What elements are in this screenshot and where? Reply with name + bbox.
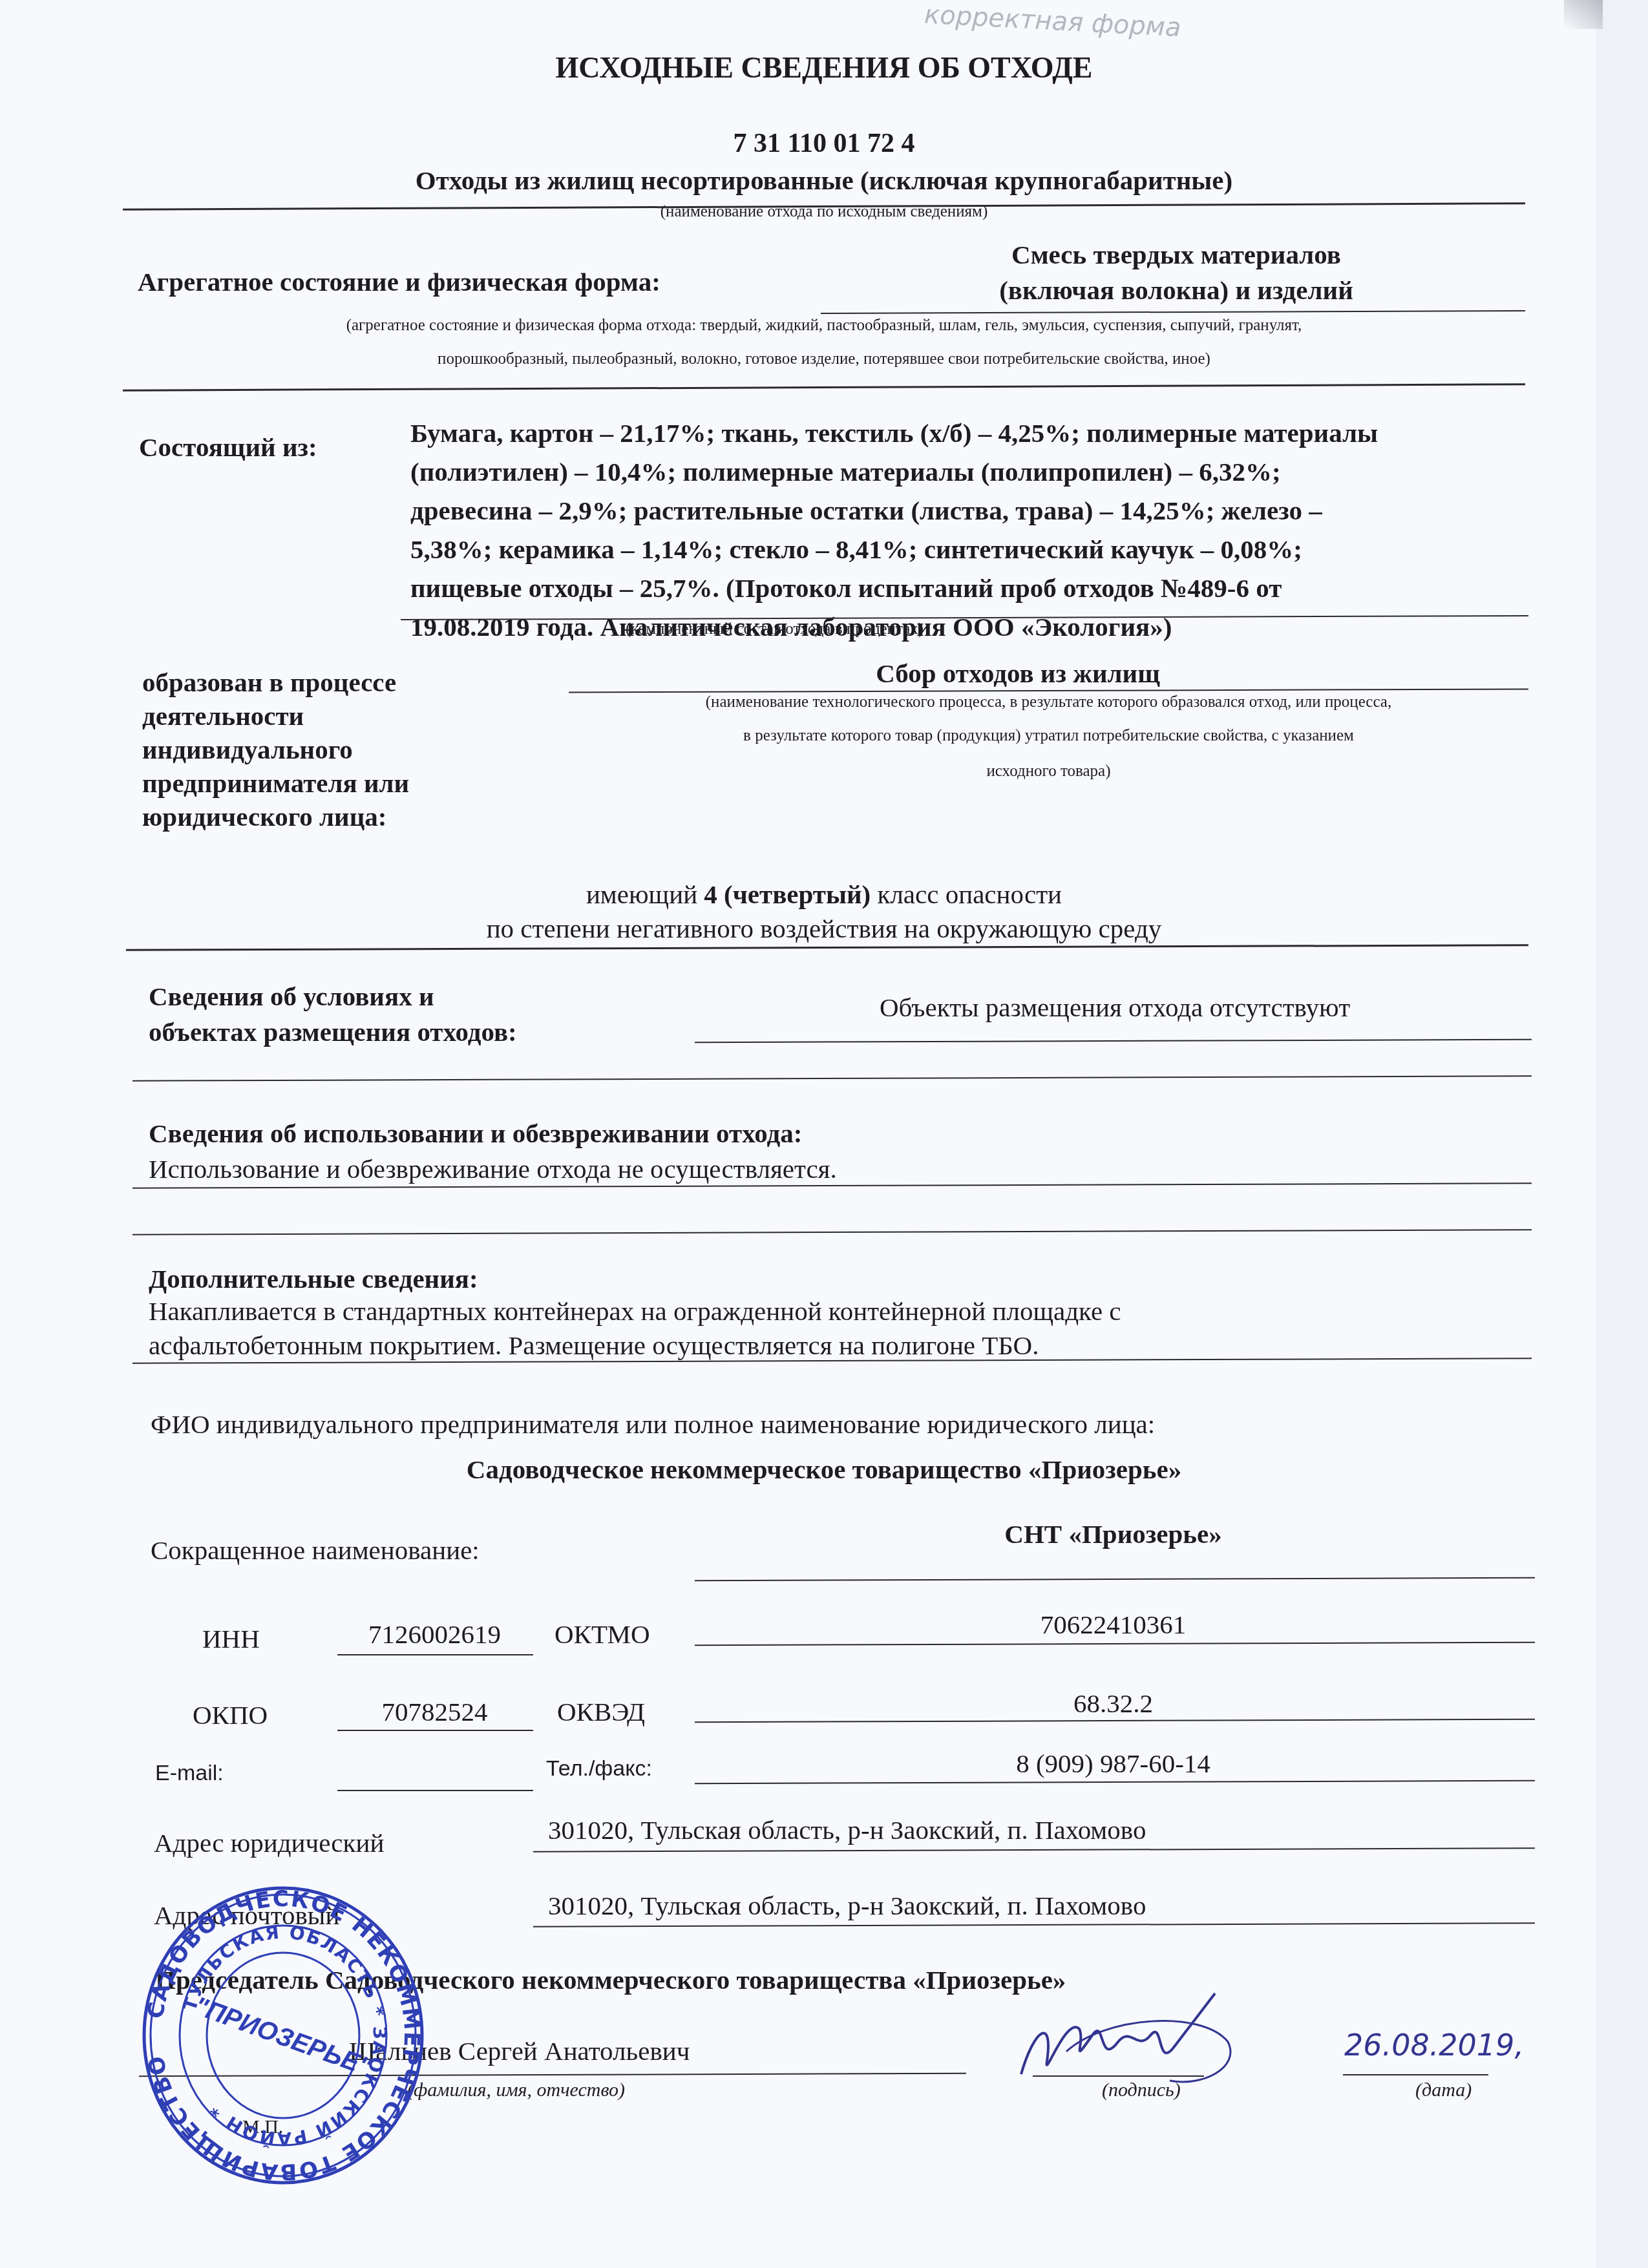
org-short-name: СНТ «Приозерье» [695, 1518, 1532, 1549]
stamp-seal-icon: САДОВОДЧЕСКОЕ НЕКОММЕРЧЕСКОЕ ТОВАРИЩЕСТВ… [141, 1884, 425, 2187]
placement-value: Объекты размещения отхода отсутствуют [698, 992, 1532, 1023]
waste-name-caption: (наименование отхода по исходным сведени… [0, 203, 1648, 221]
composition-line: древесина – 2,9%; растительные остатки (… [410, 491, 1528, 530]
inn-label: ИНН [202, 1623, 260, 1654]
okved-value: 68.32.2 [695, 1688, 1532, 1719]
okpo-underline [337, 1730, 533, 1731]
aggregate-label: Агрегатное состояние и физическая форма: [138, 266, 660, 297]
page-corner-shadow [1564, 0, 1603, 29]
phone-label: Тел./факс: [546, 1756, 652, 1781]
aggregate-value-line1: Смесь твердых материалов [918, 239, 1435, 270]
waste-code: 7 31 110 01 72 4 [0, 128, 1648, 159]
aggregate-value-line2: (включая волокна) и изделий [918, 275, 1435, 306]
composition-line: Бумага, картон – 21,17%; ткань, текстиль… [410, 414, 1528, 452]
hazard-class-line1: имеющий 4 (четвертый) класс опасности [0, 879, 1648, 910]
placement-label-line2: объектах размещения отходов: [149, 1016, 517, 1047]
hazard-class-value: 4 (четвертый) [704, 879, 871, 909]
signature-underline [1033, 2075, 1204, 2077]
org-full-name-label: ФИО индивидуального предпринимателя или … [151, 1409, 1155, 1440]
svg-text:"ПРИОЗЕРЬЕ": "ПРИОЗЕРЬЕ" [191, 1991, 375, 2082]
process-label: образован в процессе деятельности индиви… [142, 666, 409, 834]
org-short-name-label: Сокращенное наименование: [151, 1535, 480, 1566]
name-caption: (фамилия, имя, отчество) [407, 2079, 625, 2101]
waste-name: Отходы из жилищ несортированные (исключа… [0, 165, 1648, 196]
composition-line: 5,38%; керамика – 1,14%; стекло – 8,41%;… [410, 530, 1528, 569]
composition-text: Бумага, картон – 21,17%; ткань, текстиль… [410, 414, 1528, 646]
process-value: Сбор отходов из жилищ [582, 658, 1454, 689]
email-underline [337, 1790, 533, 1791]
composition-line: 19.08.2019 года. Аналитическая лаборатор… [410, 607, 1528, 646]
hazard-class-line2: по степени негативного воздействия на ок… [0, 913, 1648, 944]
signature-icon [1008, 1990, 1280, 2087]
usage-value: Использование и обезвреживание отхода не… [149, 1153, 837, 1184]
aggregate-caption-line2: порошкообразный, пылеобразный, волокно, … [0, 350, 1648, 368]
document-title: ИСХОДНЫЕ СВЕДЕНИЯ ОБ ОТХОДЕ [0, 50, 1648, 85]
okpo-label: ОКПО [193, 1699, 268, 1730]
org-full-name: Садоводческое некоммерческое товариществ… [0, 1454, 1648, 1485]
process-caption-line3: исходного товара) [569, 762, 1528, 781]
okpo-value: 70782524 [336, 1696, 533, 1727]
okved-label: ОКВЭД [557, 1696, 645, 1727]
legal-address-value: 301020, Тульская область, р-н Заокский, … [548, 1814, 1146, 1845]
process-caption-line1: (наименование технологического процесса,… [569, 693, 1528, 711]
aggregate-caption-line1: (агрегатное состояние и физическая форма… [0, 317, 1648, 335]
signature-caption: (подпись) [1102, 2079, 1181, 2101]
phone-value: 8 (909) 987-60-14 [695, 1748, 1532, 1779]
date-underline [1343, 2074, 1488, 2075]
postal-address-value: 301020, Тульская область, р-н Заокский, … [548, 1890, 1146, 1921]
email-label: E-mail: [155, 1761, 224, 1786]
composition-caption: (компонентный состав отхода в процентах) [626, 620, 924, 638]
additional-line1: Накапливается в стандартных контейнерах … [149, 1296, 1121, 1327]
additional-line2: асфальтобетонным покрытием. Размещение о… [149, 1330, 1039, 1361]
additional-label: Дополнительные сведения: [149, 1263, 478, 1294]
composition-line: (полиэтилен) – 10,4%; полимерные материа… [410, 452, 1528, 491]
composition-line: пищевые отходы – 25,7%. (Протокол испыта… [410, 569, 1528, 607]
oktmo-value: 70622410361 [695, 1609, 1532, 1640]
inn-value: 7126002619 [336, 1619, 533, 1650]
process-caption-line2: в результате которого товар (продукция) … [569, 727, 1528, 745]
inn-underline [337, 1654, 533, 1655]
composition-label: Состоящий из: [139, 432, 317, 463]
oktmo-label: ОКТМО [555, 1619, 650, 1650]
placement-label-line1: Сведения об условиях и [149, 981, 434, 1012]
legal-address-label: Адрес юридический [154, 1827, 384, 1858]
date-value: 26.08.2019, [1344, 2028, 1524, 2063]
date-caption: (дата) [1415, 2079, 1472, 2101]
usage-label: Сведения об использовании и обезвреживан… [149, 1118, 802, 1149]
